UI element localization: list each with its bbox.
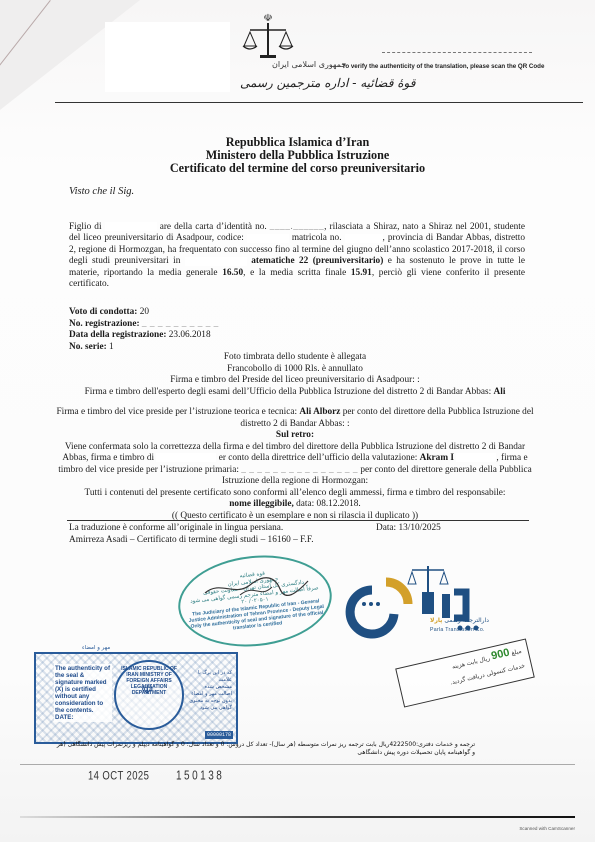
redacted-area [456, 453, 496, 462]
scanner-watermark: Scanned with CamScanner [519, 826, 575, 831]
fees-line-1: ترجمه و خدمات دفتری:4222500ریال بابت ترج… [20, 741, 475, 749]
intro-text: Visto che il Sig. [69, 186, 134, 197]
certificate-body: Figlio di are della carta d’identità no.… [69, 222, 525, 290]
conduct-value: 20 [140, 307, 149, 317]
date-stamp: 14 OCT 2025 [88, 770, 149, 784]
course-name: atematiche 22 (preuniversitario) [251, 256, 383, 266]
stamp-line: اصالت مهر و امضاء [184, 691, 232, 698]
logo-text: دارالترجمه رسمی [444, 617, 489, 624]
sign-date: data: 08.12.2018. [294, 499, 361, 509]
authenticity-text: The authenticity of the seal & signature… [54, 664, 112, 722]
date-label: DATE: [55, 714, 73, 721]
registration-date-value: 23.06.2018 [169, 330, 211, 340]
registration-label: No. registrazione: [69, 319, 140, 329]
translation-conformity: La traduzione è conforme all’originale i… [69, 523, 283, 533]
stamp-line: مشخص شده [184, 684, 232, 691]
dotted-line [382, 52, 532, 53]
back-side-text: Viene confermata solo la correttezza del… [55, 442, 535, 488]
stamp-serial: 00000178 [205, 731, 233, 739]
document-title: Repubblica Islamica d’Iran Ministero del… [0, 136, 595, 175]
fees-line-2: و گواهینامه پایان تحصیلات دوره پیش دانشگ… [20, 749, 475, 757]
registration-date-label: Data della registrazione: [69, 330, 166, 340]
logo-name-en: Parla Translation Co. [430, 627, 485, 633]
stamp-line: بدون توجه به محتوی [184, 698, 232, 705]
written-average: 15.91 [351, 268, 372, 278]
back-name: Akram I [420, 453, 454, 463]
registration-info: Voto di condotta: 20 No. registrazione: … [69, 307, 219, 353]
vice-name: Ali Alborz [299, 407, 340, 417]
body-text: matricola no. [292, 233, 342, 243]
qr-verification-note: To verify the authenticity of the transl… [342, 63, 544, 70]
header-office-fa: قوهٔ قضائیه - اداره مترجمین رسمی [240, 76, 415, 90]
document-page: ☫ جمهوری اسلامی ایران قوهٔ قضائیه - ادار… [0, 0, 595, 842]
expert-name: Ali [494, 387, 506, 397]
foreign-affairs-stamp: The authenticity of the seal & signature… [34, 652, 238, 744]
redacted-area [185, 257, 247, 266]
photo-note: Foto timbrata dello studente è allegata [55, 352, 535, 364]
redacted-area [105, 222, 157, 231]
footer-divider [20, 764, 575, 765]
stamp-fee-note: Francobollo di 1000 Rls. è annullato [55, 364, 535, 376]
principal-signature: Firma e timbro del Preside del liceo pre… [55, 375, 535, 387]
authenticity-en: The authenticity of the seal & signature… [55, 665, 110, 714]
fee-label: مبلغ [511, 648, 523, 657]
translation-divider [67, 520, 529, 521]
title-line-3: Certificato del termine del corso preuni… [0, 162, 595, 175]
redacted-area [156, 453, 216, 462]
fee-amount: 900 [490, 647, 511, 663]
translator-info: Amirreza Asadi – Certificato di termine … [69, 535, 314, 545]
body-text: , e la media scritta finale [243, 268, 351, 278]
back-side-label: Sul retro: [276, 430, 314, 440]
contents-note: Tutti i contenuti del presente certifica… [55, 488, 535, 500]
iran-emblem-icon: ☫ [141, 682, 154, 699]
general-average: 16.50 [222, 268, 243, 278]
ministry-seal: ISLAMIC REPUBLIC OF IRAN MINISTRY OF FOR… [114, 660, 184, 730]
page-edge [20, 816, 575, 818]
body-text: are della carta d’identità no. [160, 222, 267, 232]
blue-stamp-note: مهر و امضاء [82, 645, 110, 651]
expert-text: Firma e timbro dell'esperto degli esami … [85, 387, 494, 397]
serial-label: No. serie: [69, 342, 107, 352]
number-stamp: 150138 [176, 770, 224, 784]
translation-date: Data: 13/10/2025 [376, 523, 441, 533]
parla-translation-logo-icon [330, 552, 490, 652]
vice-text: Firma e timbro del vice preside per l’is… [56, 407, 299, 417]
scales-of-justice-emblem-icon: ☫ [238, 12, 298, 60]
svg-text:☫: ☫ [264, 13, 273, 24]
stamp-line: که در این برگ با علامت [184, 670, 232, 684]
illegible-name: nome illeggibile, [229, 499, 294, 509]
conduct-label: Voto di condotta: [69, 307, 137, 317]
redacted-area [247, 234, 289, 243]
signature-scribble [200, 575, 310, 600]
vice-principal-signature: Firma e timbro del vice preside per l’is… [55, 407, 535, 430]
redacted-id: ____.______ [270, 222, 324, 232]
redacted-area [345, 234, 383, 243]
header-republic-fa: جمهوری اسلامی ایران [272, 60, 346, 69]
fee-text: ریال بابت هزینه [451, 655, 490, 671]
header-divider [55, 102, 583, 103]
authenticity-fa: که در این برگ با علامتمشخص شدهاصالت مهر … [184, 670, 232, 712]
redacted-area [105, 22, 230, 92]
registration-value: _ _ _ _ _ _ _ _ _ _ [142, 319, 219, 329]
expert-signature: Firma e timbro dell'esperto degli esami … [55, 387, 535, 399]
translation-fees-fa: ترجمه و خدمات دفتری:4222500ریال بابت ترج… [20, 741, 475, 757]
body-text: Figlio di [69, 222, 102, 232]
back-text: er conto della direttrice dell’ufficio d… [219, 453, 420, 463]
logo-brand: پارلا [430, 617, 442, 624]
signatures-section: Foto timbrata dello studente è allegata … [55, 352, 535, 522]
logo-name-fa: دارالترجمه رسمی پارلا [430, 617, 489, 624]
stamp-line: گواهی می شود [184, 705, 232, 712]
redacted-name: _ _ _ _ _ _ _ _ _ _ _ _ _ _ _ [241, 465, 358, 475]
judiciary-stamp: قوه قضائیهجمهوری اسلامی ایراندادگستری کل… [174, 548, 337, 654]
serial-value: 1 [109, 342, 114, 352]
